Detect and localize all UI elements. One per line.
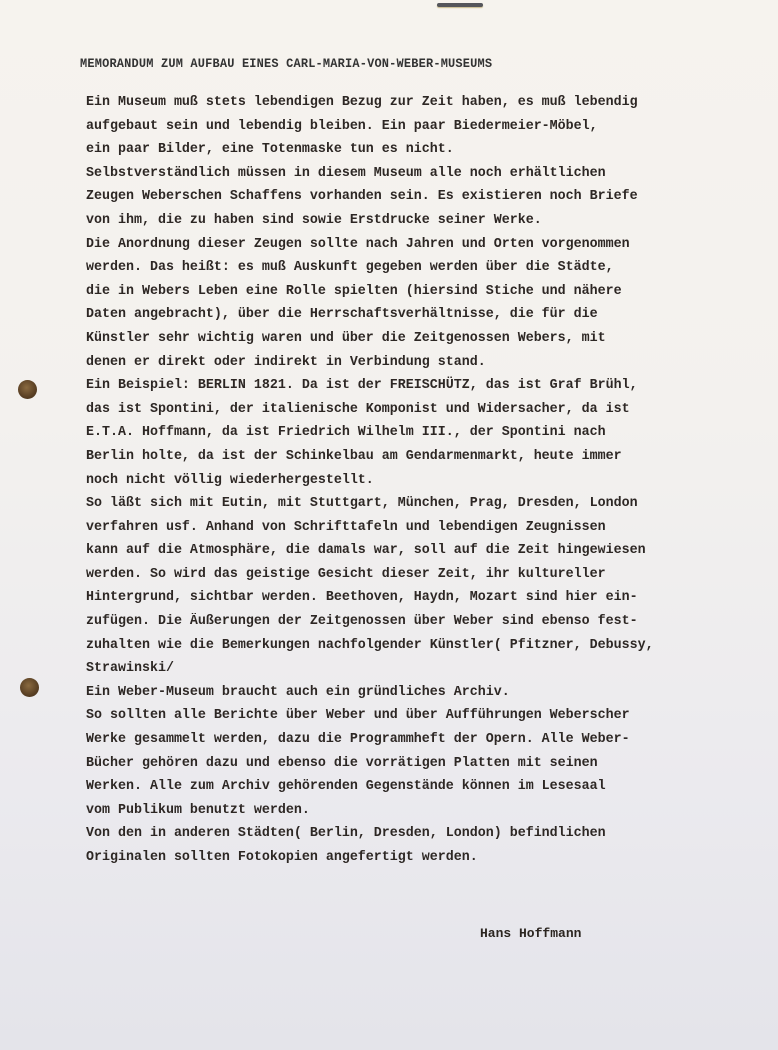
text-line: werden. Das heißt: es muß Auskunft gegeb… (86, 256, 772, 280)
text-line: Künstler sehr wichtig waren und über die… (86, 327, 772, 351)
text-line: Werken. Alle zum Archiv gehörenden Gegen… (86, 775, 772, 799)
staple (437, 3, 483, 7)
signature: Hans Hoffmann (480, 926, 581, 941)
text-line: von ihm, die zu haben sind sowie Erstdru… (86, 209, 772, 233)
memo-title: MEMORANDUM ZUM AUFBAU EINES CARL-MARIA-V… (80, 56, 492, 71)
text-line: aufgebaut sein und lebendig bleiben. Ein… (86, 115, 772, 139)
text-line: verfahren usf. Anhand von Schrifttafeln … (86, 516, 772, 540)
text-line: Berlin holte, da ist der Schinkelbau am … (86, 445, 772, 469)
text-line: Selbstverständlich müssen in diesem Muse… (86, 162, 772, 186)
text-line: noch nicht völlig wiederhergestellt. (86, 469, 772, 493)
text-line: vom Publikum benutzt werden. (86, 799, 772, 823)
text-line: die in Webers Leben eine Rolle spielten … (86, 280, 772, 304)
text-line: zuhalten wie die Bemerkungen nachfolgend… (86, 634, 772, 658)
text-line: E.T.A. Hoffmann, da ist Friedrich Wilhel… (86, 421, 772, 445)
text-line: denen er direkt oder indirekt in Verbind… (86, 351, 772, 375)
text-line: Bücher gehören dazu und ebenso die vorrä… (86, 752, 772, 776)
punch-hole (18, 380, 37, 399)
text-line: Die Anordnung dieser Zeugen sollte nach … (86, 233, 772, 257)
text-line: kann auf die Atmosphäre, die damals war,… (86, 539, 772, 563)
text-line: ein paar Bilder, eine Totenmaske tun es … (86, 138, 772, 162)
text-line: Strawinski/ (86, 657, 772, 681)
text-line: So läßt sich mit Eutin, mit Stuttgart, M… (86, 492, 772, 516)
text-line: werden. So wird das geistige Gesicht die… (86, 563, 772, 587)
punch-hole (20, 678, 39, 697)
text-line: zufügen. Die Äußerungen der Zeitgenossen… (86, 610, 772, 634)
text-line: Werke gesammelt werden, dazu die Program… (86, 728, 772, 752)
memo-body: Ein Museum muß stets lebendigen Bezug zu… (86, 91, 778, 870)
text-line: Hintergrund, sichtbar werden. Beethoven,… (86, 586, 772, 610)
text-line: Originalen sollten Fotokopien angefertig… (86, 846, 772, 870)
text-line: Von den in anderen Städten( Berlin, Dres… (86, 822, 772, 846)
text-line: So sollten alle Berichte über Weber und … (86, 704, 772, 728)
text-line: Daten angebracht), über die Herrschaftsv… (86, 303, 772, 327)
text-line: das ist Spontini, der italienische Kompo… (86, 398, 772, 422)
text-line: Ein Weber-Museum braucht auch ein gründl… (86, 681, 772, 705)
text-line: Zeugen Weberschen Schaffens vorhanden se… (86, 185, 772, 209)
text-line: Ein Beispiel: BERLIN 1821. Da ist der FR… (86, 374, 772, 398)
text-line: Ein Museum muß stets lebendigen Bezug zu… (86, 91, 772, 115)
